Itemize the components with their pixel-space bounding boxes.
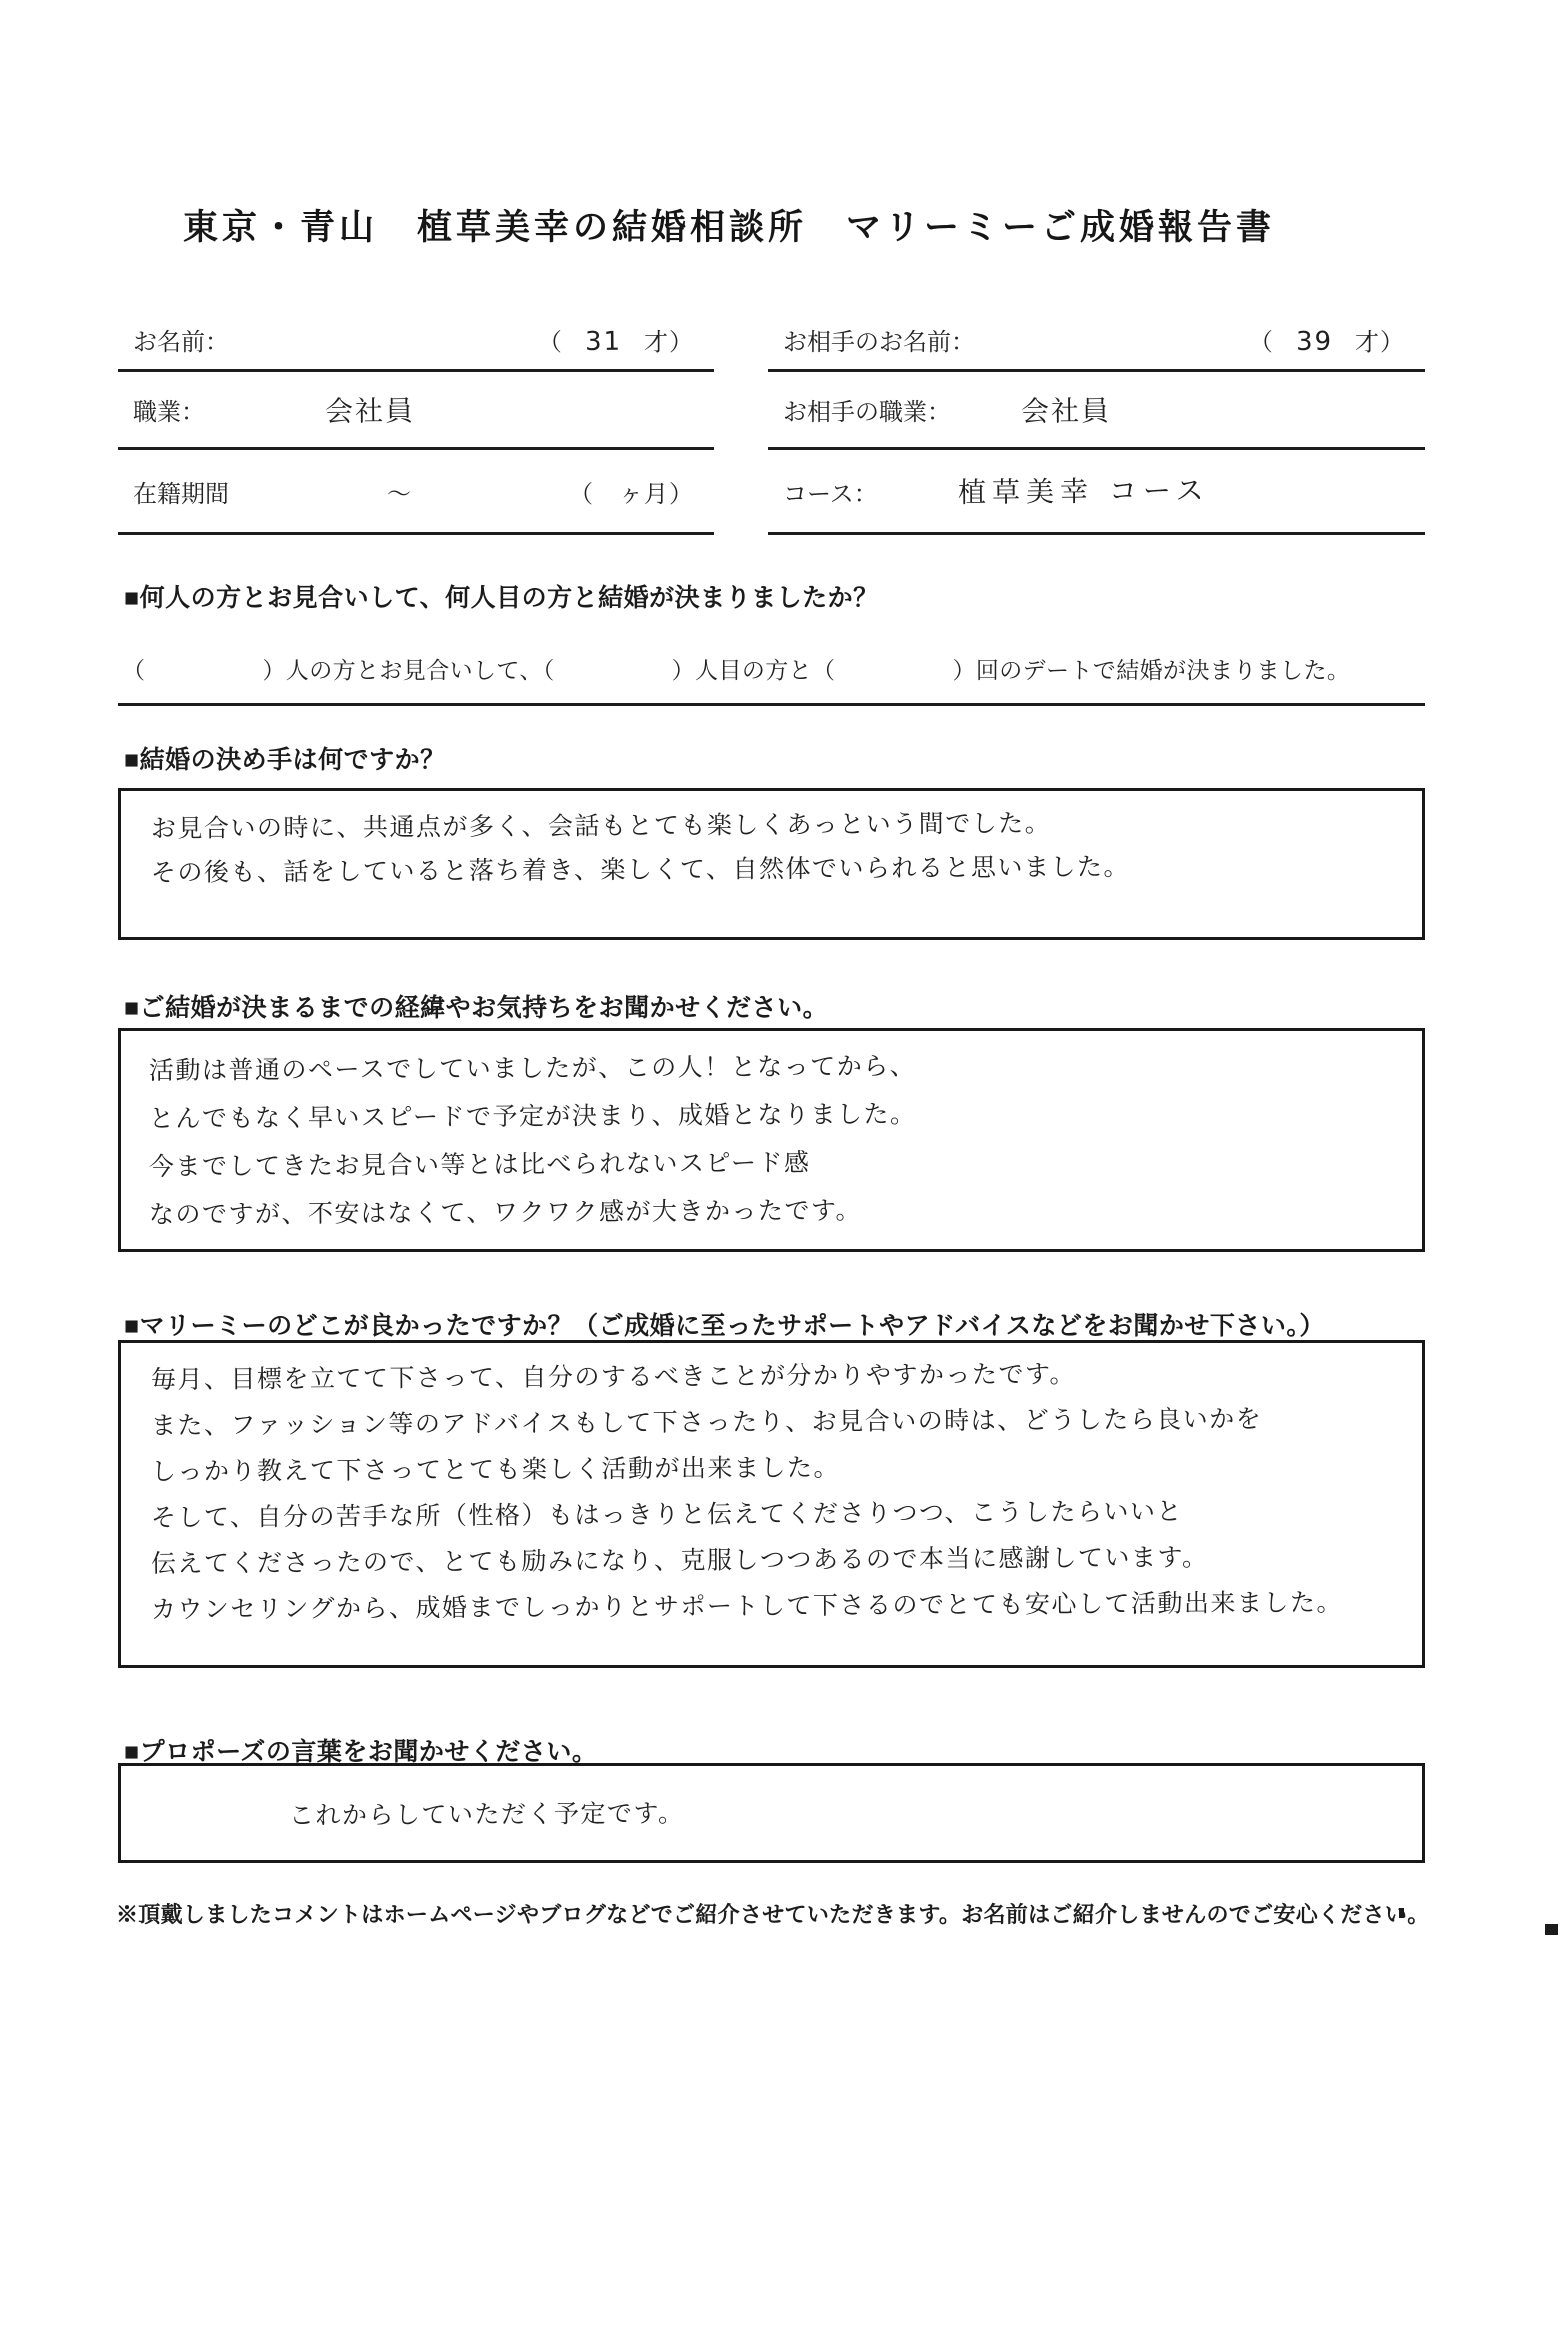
matchmaking-answer-underline bbox=[118, 703, 1425, 706]
handwritten-line: 今までしてきたお見合い等とは比べられないスピード感 bbox=[149, 1135, 1412, 1191]
report-page: 東京・青山 植草美幸の結婚相談所 マリーミーご成婚報告書 お名前： （31才） … bbox=[0, 0, 1560, 2339]
footer-note: ※頂戴しましたコメントはホームページやブログなどでご紹介させていただきます。お名… bbox=[116, 1898, 1430, 1929]
handwritten-line: 毎月、目標を立てて下さって、自分のするべきことが分かりやすかったです。 bbox=[151, 1349, 1412, 1403]
name-label: お名前： bbox=[133, 322, 229, 357]
question-matchmaking-heading: ■何人の方とお見合いして、何人目の方と結婚が決まりましたか？ bbox=[124, 578, 879, 614]
page-title: 東京・青山 植草美幸の結婚相談所 マリーミーご成婚報告書 bbox=[183, 200, 1275, 250]
handwritten-line: これからしていただく予定です。 bbox=[289, 1791, 1412, 1834]
handwritten-line: 伝えてくださったので、とても励みになり、克服しつつあるので本当に感謝しています。 bbox=[151, 1533, 1412, 1587]
row-occupation: 職業： 会社員 bbox=[118, 372, 714, 450]
paren-open: （ bbox=[1249, 329, 1274, 356]
handwritten-line: しっかり教えて下さってとても楽しく活動が出来ました。 bbox=[151, 1441, 1412, 1495]
profile-column-partner: お相手のお名前： （39才） お相手の職業： 会社員 コース： 植草美幸 コース bbox=[768, 310, 1425, 535]
partner-occupation-label: お相手の職業： bbox=[783, 392, 951, 427]
question-marrymee-heading: ■マリーミーのどこが良かったですか？（ご成婚に至ったサポートやアドバイスなどをお… bbox=[124, 1306, 1325, 1342]
matchmaking-answer-template: （ ）人の方とお見合いして、（ ）人目の方と（ ）回のデートで結婚が決まりました… bbox=[122, 652, 1425, 685]
partner-age-group: （39才） bbox=[1249, 322, 1405, 357]
occupation-value-handwritten: 会社員 bbox=[325, 389, 415, 430]
profile-column-self: お名前： （31才） 職業： 会社員 在籍期間 ～ （ ヶ月） bbox=[118, 310, 714, 535]
handwritten-line: また、ファッション等のアドバイスもして下さったり、お見合いの時は、どうしたら良い… bbox=[151, 1395, 1412, 1449]
partner-age-value-handwritten: 39 bbox=[1296, 327, 1333, 357]
scan-artifact bbox=[1545, 1924, 1558, 1935]
process-answer-box: 活動は普通のペースでしていましたが、この人！となってから、 とんでもなく早いスピ… bbox=[118, 1028, 1425, 1252]
period-tilde: ～ bbox=[387, 474, 411, 509]
marrymee-answer-box: 毎月、目標を立てて下さって、自分のするべきことが分かりやすかったです。 また、フ… bbox=[118, 1340, 1425, 1668]
period-label: 在籍期間 bbox=[133, 474, 229, 509]
decision-answer-box: お見合いの時に、共通点が多く、会話もとても楽しくあっという間でした。 その後も、… bbox=[118, 788, 1425, 940]
row-partner-name: お相手のお名前： （39才） bbox=[768, 310, 1425, 372]
period-unit: （ ヶ月） bbox=[569, 474, 694, 509]
handwritten-line: カウンセリングから、成婚までしっかりとサポートして下さるのでとても安心して活動出… bbox=[151, 1579, 1412, 1633]
handwritten-line: そして、自分の苦手な所（性格）もはっきりと伝えてくださりつつ、こうしたらいいと bbox=[151, 1487, 1412, 1541]
course-label: コース： bbox=[783, 474, 878, 509]
partner-name-label: お相手のお名前： bbox=[783, 322, 975, 357]
row-period: 在籍期間 ～ （ ヶ月） bbox=[118, 450, 714, 535]
row-name: お名前： （31才） bbox=[118, 310, 714, 372]
handwritten-line: お見合いの時に、共通点が多く、会話もとても楽しくあっという間でした。 bbox=[151, 799, 1412, 851]
question-process-heading: ■ご結婚が決まるまでの経緯やお気持ちをお聞かせください。 bbox=[124, 988, 828, 1024]
handwritten-line: なのですが、不安はなくて、ワクワク感が大きかったです。 bbox=[149, 1183, 1412, 1239]
age-value-handwritten: 31 bbox=[585, 327, 622, 357]
partner-occupation-value-handwritten: 会社員 bbox=[1021, 389, 1111, 430]
propose-answer-box: これからしていただく予定です。 bbox=[118, 1763, 1425, 1863]
paren-close: 才） bbox=[644, 329, 694, 356]
handwritten-line: 活動は普通のペースでしていましたが、この人！となってから、 bbox=[149, 1039, 1412, 1095]
row-partner-occupation: お相手の職業： 会社員 bbox=[768, 372, 1425, 450]
paren-open: （ bbox=[538, 329, 563, 356]
row-course: コース： 植草美幸 コース bbox=[768, 450, 1425, 535]
age-group: （31才） bbox=[538, 322, 694, 357]
course-value-handwritten: 植草美幸 コース bbox=[958, 469, 1210, 511]
scan-artifact bbox=[1399, 1908, 1404, 1918]
handwritten-line: とんでもなく早いスピードで予定が決まり、成婚となりました。 bbox=[149, 1087, 1412, 1143]
handwritten-line: その後も、話をしていると落ち着き、楽しくて、自然体でいられると思いました。 bbox=[151, 843, 1412, 895]
occupation-label: 職業： bbox=[133, 392, 205, 427]
paren-close: 才） bbox=[1355, 329, 1405, 356]
question-decision-heading: ■結婚の決め手は何ですか？ bbox=[124, 740, 446, 776]
